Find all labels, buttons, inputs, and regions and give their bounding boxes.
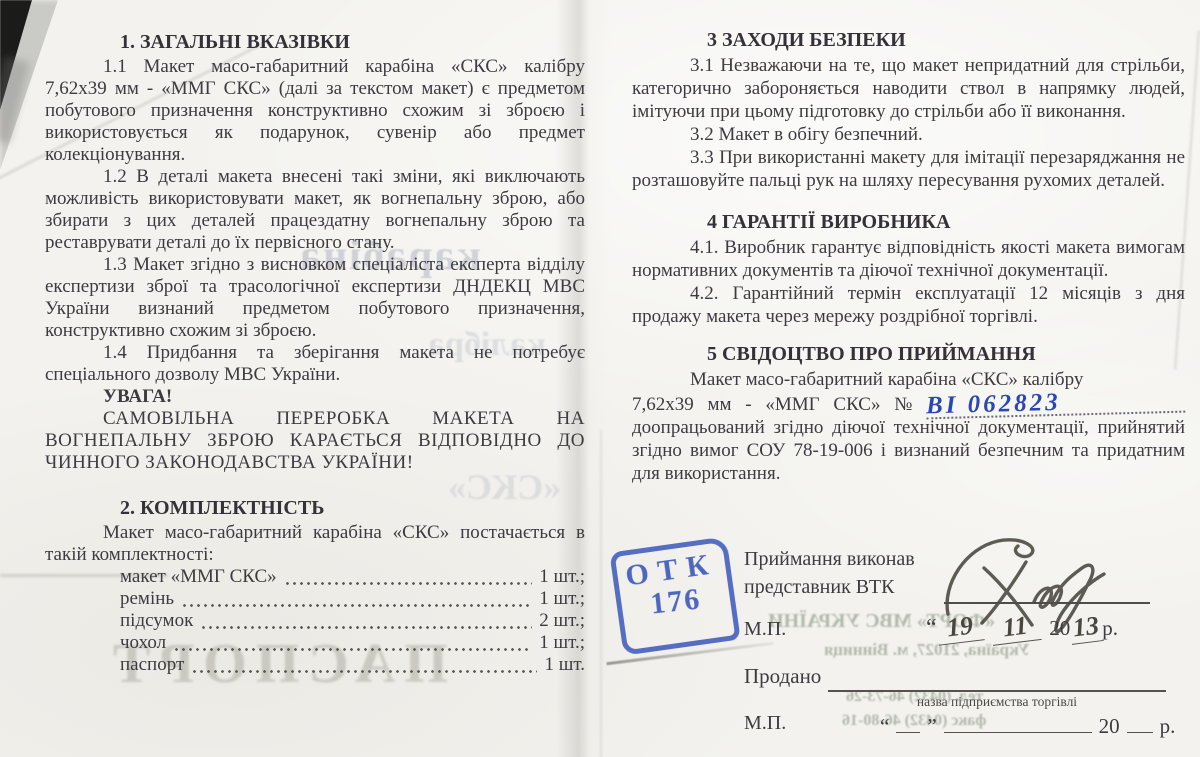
signature-underline: [944, 602, 1150, 604]
section-2-intro: Макет масо-габаритний карабіна «СКС» пос…: [45, 522, 585, 566]
kit-item-label: підсумок: [120, 610, 193, 632]
kit-item-row: підсумок 2 шт.;: [120, 610, 585, 632]
dot-leader: [181, 591, 532, 610]
date-month-handwritten: 11: [989, 609, 1041, 646]
section-5-serial-line: 7,62х39 мм - «ММГ СКС» № ВІ 062823: [632, 391, 1185, 416]
kit-item-row: паспорт 1 шт.: [120, 654, 585, 676]
acceptance-date: “ 19 11 20 13 р.: [926, 612, 1118, 643]
serial-number-handwritten: ВІ 062823: [926, 388, 1185, 420]
paragraph-1-1: 1.1 Макет масо-габаритний карабіна «СКС»…: [45, 56, 585, 166]
section-5-rest: доопрацьований згідно діючої технічної д…: [632, 416, 1185, 485]
acceptance-line2: представник ВТК: [744, 576, 894, 599]
section-5-heading: 5 СВІДОЦТВО ПРО ПРИЙМАННЯ: [707, 342, 1185, 366]
dot-leader: [284, 569, 533, 588]
kit-item-label: паспорт: [120, 654, 184, 676]
paragraph-1-2: 1.2 В деталі макета внесені такі зміни, …: [45, 166, 585, 254]
section-1-heading: 1. ЗАГАЛЬНІ ВКАЗІВКИ: [120, 30, 585, 54]
dot-leader: [200, 613, 532, 632]
kit-item-label: чохол: [120, 632, 166, 654]
date-day-handwritten: 19: [935, 609, 984, 645]
left-page-column: 1. ЗАГАЛЬНІ ВКАЗІВКИ 1.1 Макет масо-габа…: [45, 30, 585, 676]
kit-item-row: ремінь 1 шт.;: [120, 588, 585, 610]
kit-item-qty: 2 шт.;: [539, 610, 585, 632]
kit-item-label: макет «ММГ СКС»: [120, 566, 277, 588]
year-century-printed: 20: [1099, 714, 1120, 739]
blank-line: [896, 712, 920, 733]
paper-crease: [600, 430, 602, 757]
sold-caption: назва підприємства торгівлі: [828, 694, 1166, 710]
section-5-line1: Макет масо-габаритний карабіна «СКС» кал…: [632, 368, 1185, 391]
paragraph-3-3: 3.3 При використанні макету для імітації…: [632, 146, 1185, 192]
section-5-serial-prefix: 7,62х39 мм - «ММГ СКС» №: [632, 393, 912, 416]
kit-item-qty: 1 шт.;: [539, 566, 585, 588]
sold-label: Продано: [744, 664, 821, 689]
year-suffix-printed: р.: [1160, 714, 1176, 739]
quote-open: “: [880, 714, 889, 739]
dot-leader: [191, 657, 537, 676]
paragraph-1-3: 1.3 Макет згідно з висновком спеціаліста…: [45, 254, 585, 342]
kit-item-qty: 1 шт.: [544, 654, 585, 676]
date-century-printed: 20: [1049, 616, 1070, 641]
blank-line: [1127, 712, 1153, 733]
blank-line: [944, 712, 1092, 733]
section-3-heading: 3 ЗАХОДИ БЕЗПЕКИ: [707, 28, 1185, 52]
attention-label: УВАГА!: [103, 386, 585, 408]
right-page-column: 3 ЗАХОДИ БЕЗПЕКИ 3.1 Незважаючи на те, щ…: [632, 28, 1185, 485]
mp-seal-label: М.П.: [744, 618, 786, 641]
paragraph-1-4: 1.4 Придбання та зберігання макета не по…: [45, 342, 585, 386]
warning-paragraph: САМОВІЛЬНА ПЕРЕРОБКА МАКЕТА НА ВОГНЕПАЛЬ…: [45, 408, 585, 474]
quote-close: ”: [927, 714, 936, 739]
kit-item-row: чохол 1 шт.;: [120, 632, 585, 654]
dot-leader: [173, 635, 532, 654]
kit-item-qty: 1 шт.;: [539, 632, 585, 654]
paragraph-3-2: 3.2 Макет в обігу безпечний.: [632, 123, 1185, 146]
sale-date-blank-row: “ ” 20 р.: [880, 712, 1175, 739]
otk-stamp: ОТК 176: [609, 536, 740, 655]
scanned-passport-page: карабіна калібра «СКС» ПАСПОРТ «ФОРТ» МВ…: [0, 0, 1200, 757]
sold-underline: [828, 690, 1166, 692]
section-2-heading: 2. КОМПЛЕКТНІСТЬ: [120, 496, 585, 520]
date-suffix: р.: [1102, 616, 1118, 641]
acceptance-line1: Приймання виконав: [744, 548, 915, 571]
kit-item-row: макет «ММГ СКС» 1 шт.;: [120, 566, 585, 588]
paragraph-4-1: 4.1. Виробник гарантує відповідність яко…: [632, 236, 1185, 282]
section-4-heading: 4 ГАРАНТІЇ ВИРОБНИКА: [707, 210, 1185, 234]
mp-seal-label-2: М.П.: [744, 712, 786, 735]
date-year-handwritten: 13: [1068, 610, 1104, 645]
scan-edge-smudge: [0, 56, 30, 144]
kit-item-label: ремінь: [120, 588, 174, 610]
paragraph-3-1: 3.1 Незважаючи на те, що макет непридатн…: [632, 54, 1185, 123]
paragraph-4-2: 4.2. Гарантійний термін експлуатації 12 …: [632, 282, 1185, 328]
acceptance-block: ОТК 176 Приймання виконав представник ВТ…: [632, 538, 1188, 757]
kit-item-qty: 1 шт.;: [539, 588, 585, 610]
